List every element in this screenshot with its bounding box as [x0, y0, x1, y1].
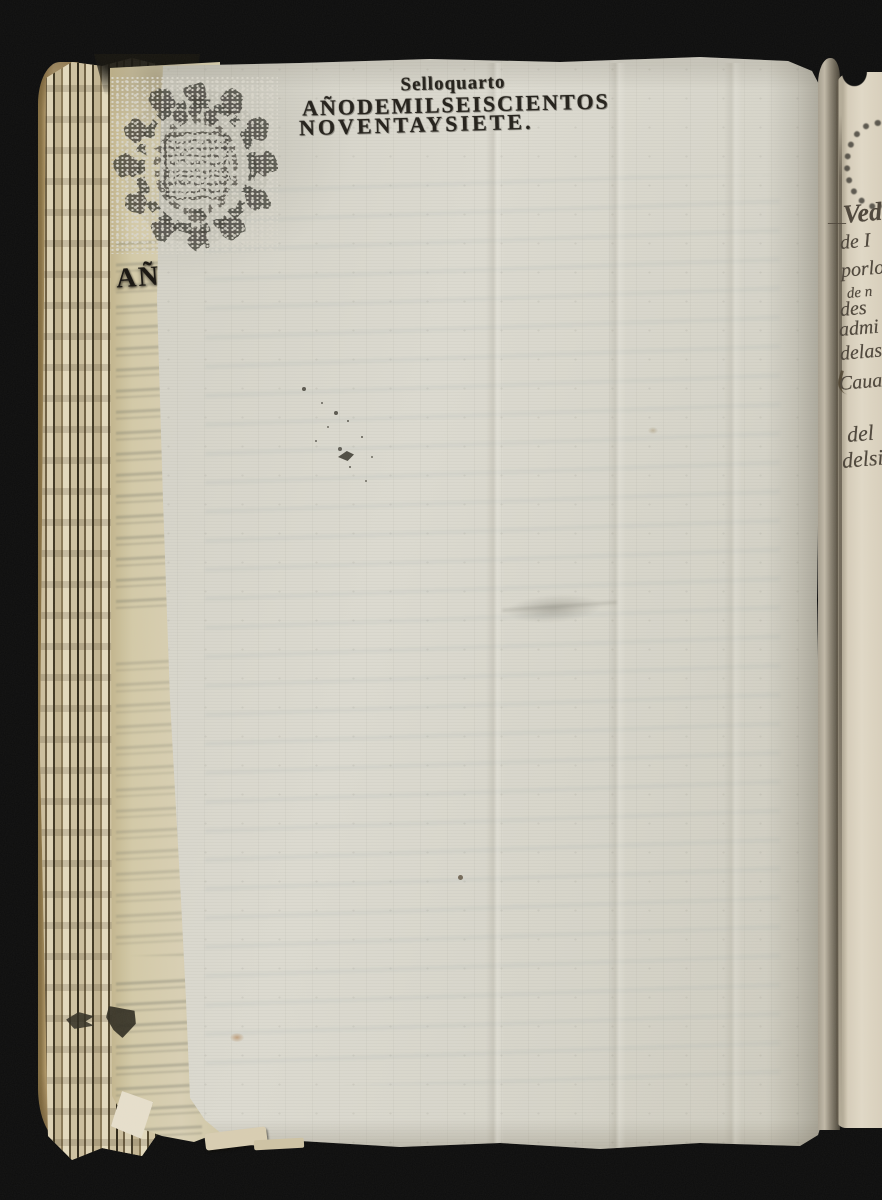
ink-dot	[458, 875, 463, 880]
page-crease	[724, 63, 742, 1148]
printed-year-fragment: AÑ	[115, 260, 162, 295]
ink-speck-scatter	[302, 387, 306, 391]
handwriting-fragment: delsi	[841, 444, 882, 474]
handwriting-fragment: Caua.	[838, 369, 882, 396]
facing-page-sliver: — Ved de I porlo de n des admi delas Cau…	[836, 72, 882, 1128]
handwriting-fragment: porlo	[840, 256, 882, 283]
handwriting-fragment: admi	[838, 316, 880, 342]
handwriting-fragment: Ved	[842, 197, 882, 230]
archival-photo-background: AÑ Selloquarto AÑODEMILSEISCIENTOS NOVEN…	[0, 0, 882, 1200]
torn-corner-flap	[254, 1138, 304, 1151]
handwriting-fragment: de I	[839, 229, 871, 255]
handwriting-fragment: del	[846, 420, 875, 448]
stamp-wear-texture	[110, 76, 278, 254]
rust-stain	[230, 1033, 244, 1042]
rust-stain	[648, 427, 658, 434]
handwriting-fragment: delas	[839, 339, 882, 366]
ink-smudge	[501, 579, 619, 633]
